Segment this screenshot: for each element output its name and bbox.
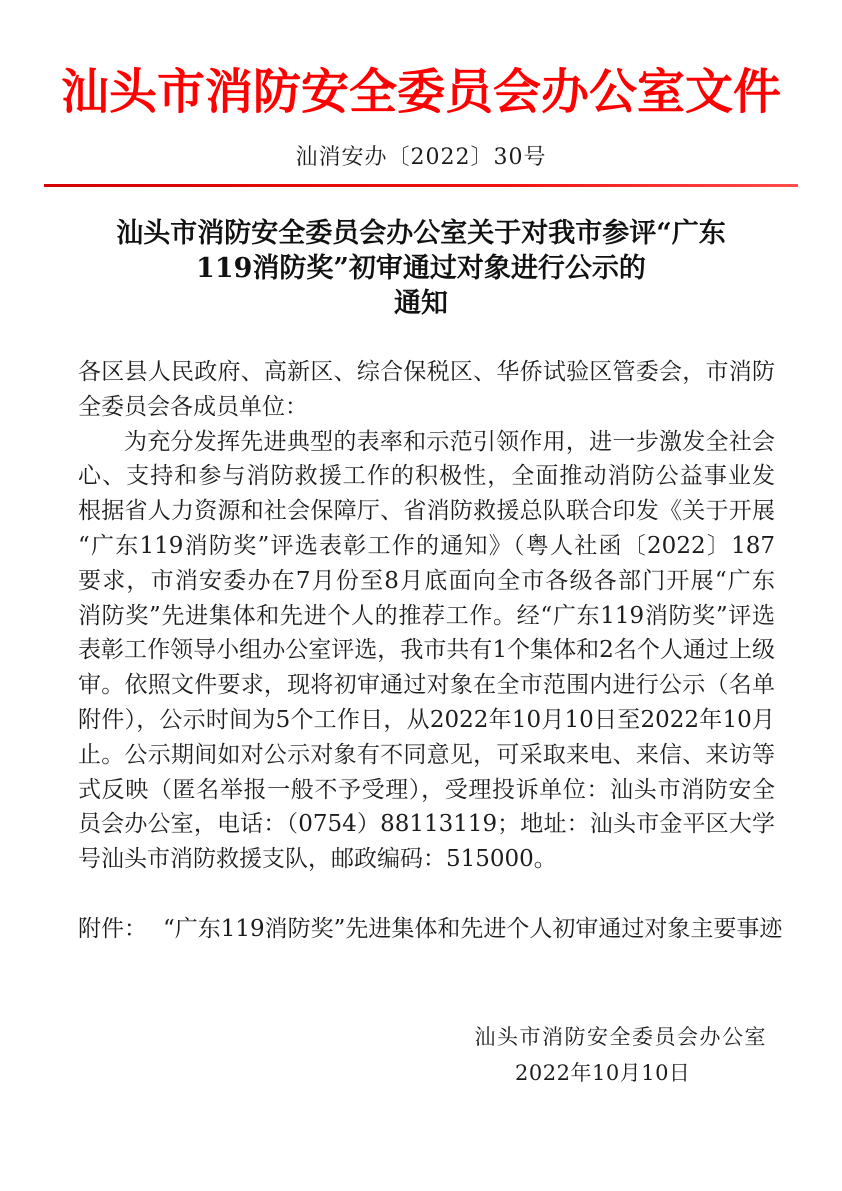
body-line: 式反映（匿名举报一般不予受理），受理投诉单位：汕头市消防安全委 <box>78 773 775 808</box>
body-line: 表彰工作领导小组办公室评选，我市共有1个集体和2名个人通过上级初 <box>78 633 775 668</box>
signature-block: 汕头市消防安全委员会办公室 2022年10月10日 <box>475 1019 768 1091</box>
attachment-line: 附件：“广东119消防奖”先进集体和先进个人初审通过对象主要事迹 <box>78 912 775 947</box>
body-line: 审。依照文件要求，现将初审通过对象在全市范围内进行公示（名单见 <box>78 668 775 703</box>
body-line: 员会办公室，电话：（0754）88113119；地址：汕头市金平区大学路28 <box>78 807 775 842</box>
attachment-text: “广东119消防奖”先进集体和先进个人初审通过对象主要事迹 <box>163 916 782 942</box>
document-title: 汕头市消防安全委员会办公室关于对我市参评“广东 119消防奖”初审通过对象进行公… <box>50 216 792 321</box>
body-line: 号汕头市消防救援支队，邮政编码：515000。 <box>78 842 775 877</box>
body-line: 消防奖”先进集体和先进个人的推荐工作。经“广东119消防奖”评选 <box>78 599 775 634</box>
signature-date: 2022年10月10日 <box>475 1055 732 1091</box>
signature-organization: 汕头市消防安全委员会办公室 <box>475 1019 768 1055</box>
document-title-line: 119消防奖”初审通过对象进行公示的 <box>50 251 792 286</box>
body-line: “广东119消防奖”评选表彰工作的通知》（粤人社函〔2022〕187号） <box>78 529 775 564</box>
body-line: 心、支持和参与消防救援工作的积极性，全面推动消防公益事业发展， <box>78 459 775 494</box>
letterhead-title: 汕头市消防安全委员会办公室文件 <box>0 60 842 124</box>
body-line: 要求，市消安委办在7月份至8月底面向全市各级各部门开展“广东119 <box>78 564 775 599</box>
document-number: 汕消安办〔2022〕30号 <box>0 141 842 174</box>
letterhead-divider-rule <box>44 184 798 187</box>
document-title-line: 汕头市消防安全委员会办公室关于对我市参评“广东 <box>50 216 792 251</box>
official-document-page: 汕头市消防安全委员会办公室文件 汕消安办〔2022〕30号 汕头市消防安全委员会… <box>0 0 842 1191</box>
body-line-salutation: 全委员会各成员单位： <box>78 390 775 425</box>
body-line-salutation: 各区县人民政府、高新区、综合保税区、华侨试验区管委会，市消防安 <box>78 355 775 390</box>
attachment-label: 附件： <box>78 916 147 942</box>
document-body: 各区县人民政府、高新区、综合保税区、华侨试验区管委会，市消防安 全委员会各成员单… <box>78 355 775 877</box>
body-line: 为充分发挥先进典型的表率和示范引领作用，进一步激发全社会关 <box>78 425 775 460</box>
body-line: 止。公示期间如对公示对象有不同意见，可采取来电、来信、来访等形 <box>78 738 775 773</box>
document-title-line: 通知 <box>50 286 792 321</box>
body-line: 附件），公示时间为5个工作日，从2022年10月10日至2022年10月14日 <box>78 703 775 738</box>
body-line: 根据省人力资源和社会保障厅、省消防救援总队联合印发《关于开展 <box>78 494 775 529</box>
